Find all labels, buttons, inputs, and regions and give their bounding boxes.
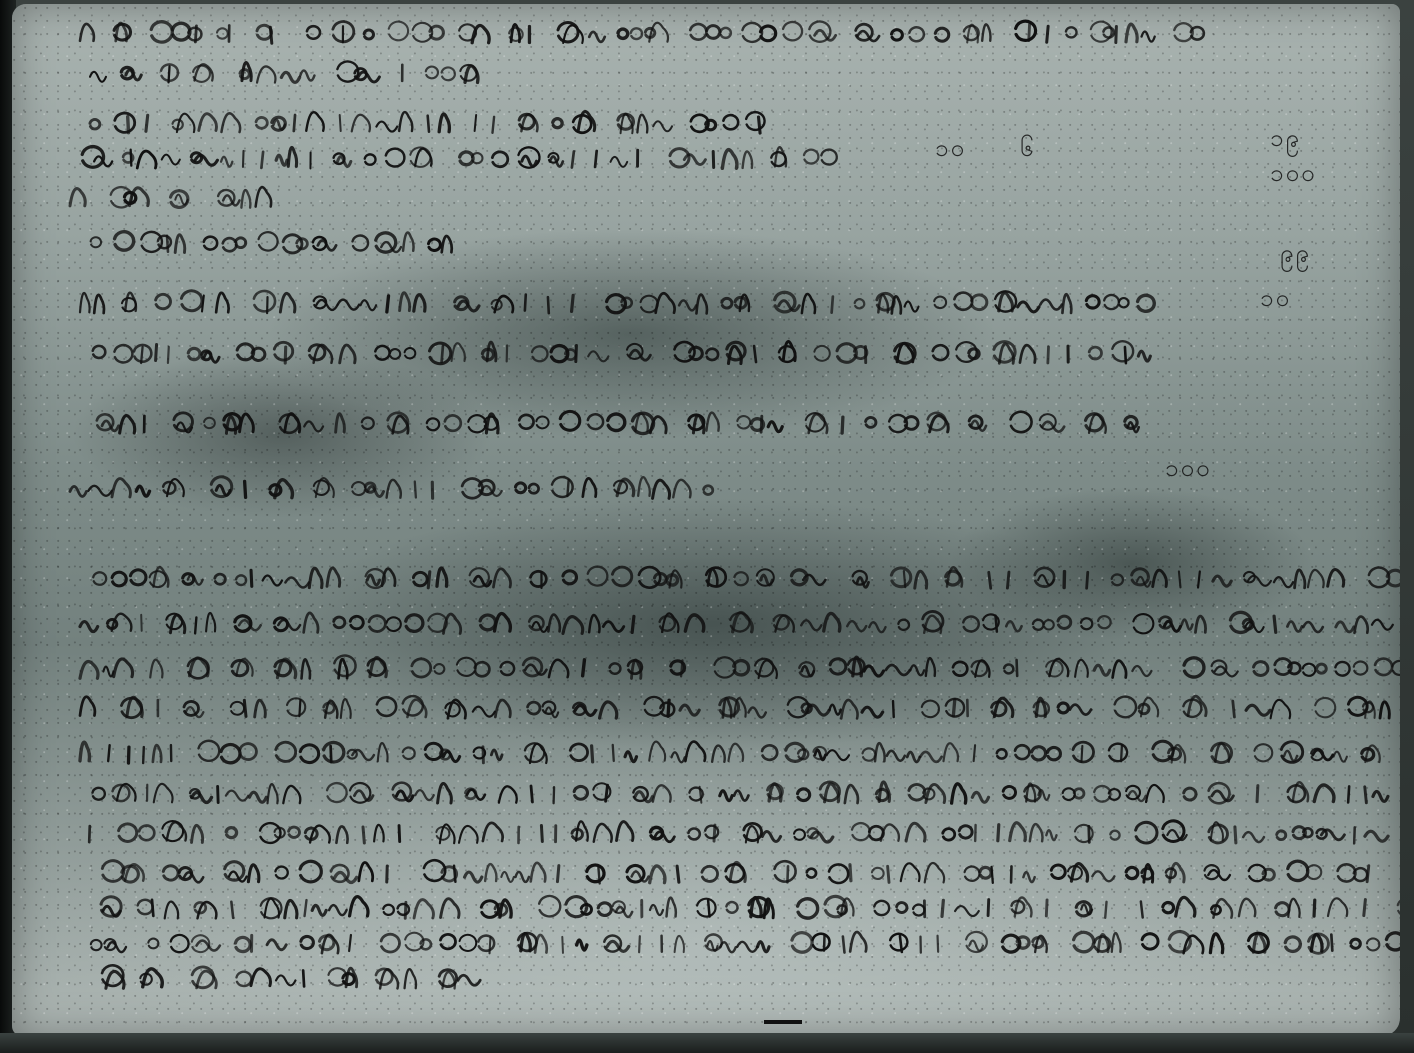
manuscript-text-line — [80, 12, 1200, 52]
scan-bottom-edge — [0, 1033, 1414, 1053]
manuscript-text-line — [80, 102, 770, 142]
manuscript-text-line — [80, 887, 1390, 927]
manuscript-text-line — [80, 732, 1395, 772]
page-mark — [764, 1020, 802, 1024]
manuscript-text-line — [80, 772, 1395, 812]
manuscript-text-line — [80, 557, 1395, 597]
manuscript-text-line — [80, 687, 1395, 727]
manuscript-text-line — [80, 852, 1390, 892]
manuscript-text-line — [80, 222, 460, 262]
marginal-numeral: ၁၀ — [935, 132, 966, 168]
manuscript-text-line — [80, 332, 1150, 372]
marginal-numeral: ၁၉ — [1270, 122, 1301, 158]
marginal-numeral: ၁၀၀ — [1165, 452, 1212, 488]
manuscript-text-line — [80, 922, 1390, 962]
marginal-numeral: ၁၀၀ — [1270, 157, 1317, 193]
manuscript-text-line — [90, 52, 480, 92]
manuscript-text-line — [80, 647, 1395, 687]
manuscript-scan: ၁၀၆၁၉၁၀၀၉၉၁၀၁၀၀ Burmese (Myanmar) script… — [0, 0, 1414, 1053]
marginal-numeral: ၉၉ — [1280, 237, 1311, 273]
manuscript-text-line — [80, 957, 480, 997]
manuscript-text-line — [80, 812, 1395, 852]
manuscript-text-line — [60, 137, 820, 177]
manuscript-text-line — [70, 177, 270, 217]
manuscript-page: ၁၀၆၁၉၁၀၀၉၉၁၀၁၀၀ — [12, 4, 1400, 1036]
marginal-numeral: ၆ — [1020, 132, 1036, 168]
manuscript-text-line — [80, 602, 1395, 642]
manuscript-text-line — [80, 402, 1140, 442]
marginal-numeral: ၁၀ — [1260, 282, 1291, 318]
manuscript-text-line — [80, 282, 1140, 322]
manuscript-text-line — [70, 467, 710, 507]
